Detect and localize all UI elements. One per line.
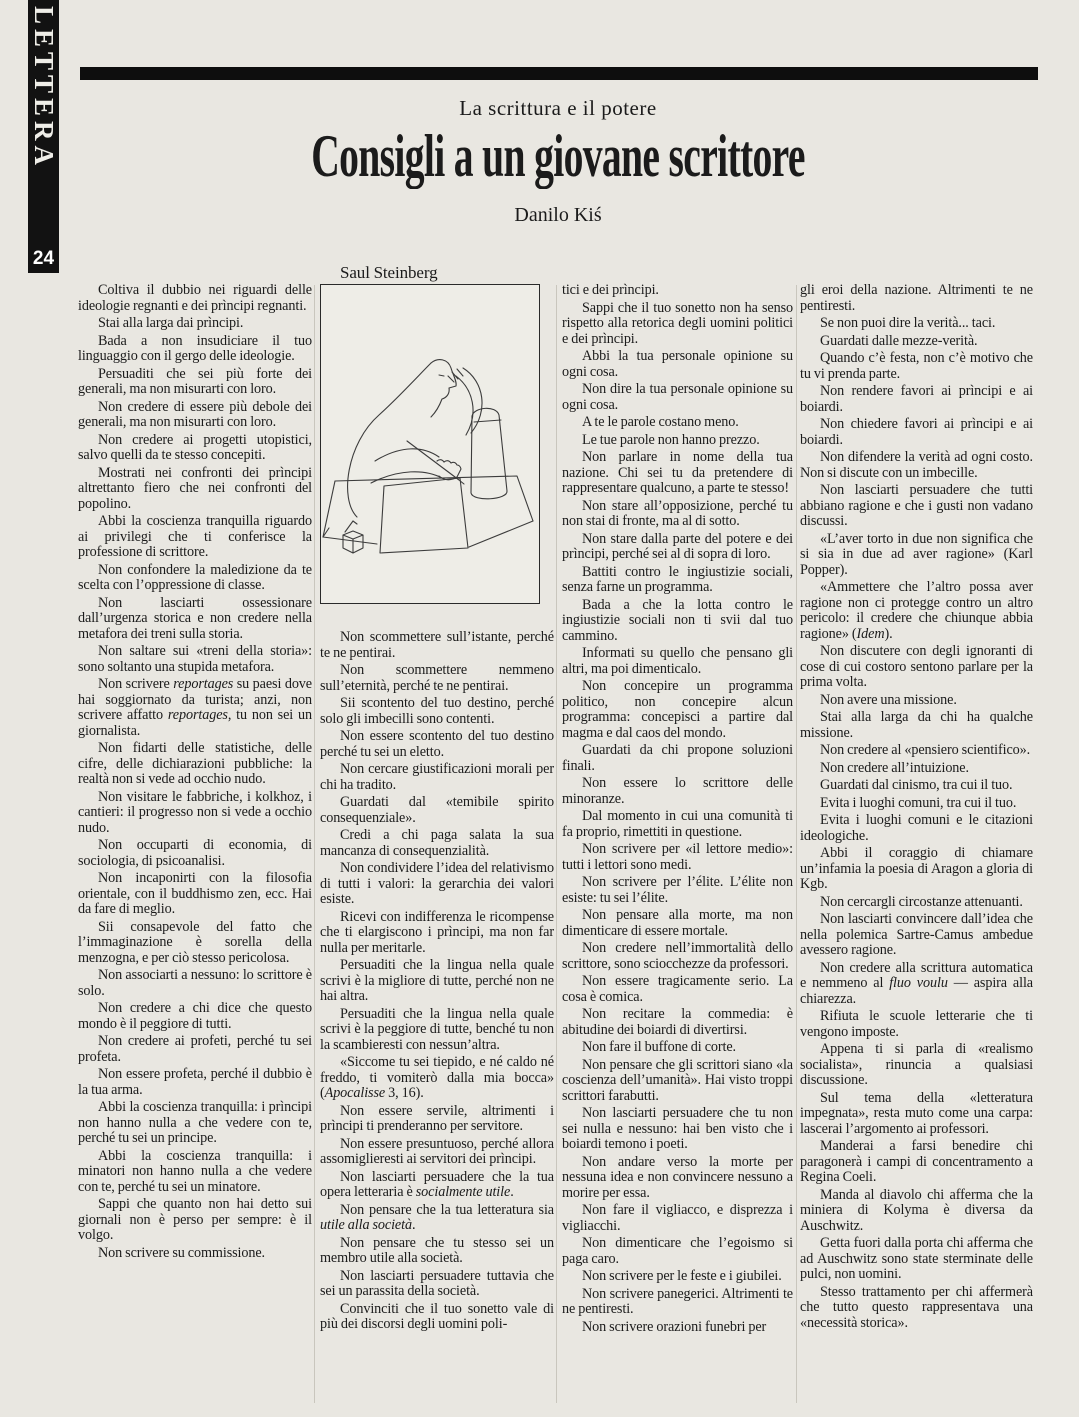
paragraph: Non pensare che gli scrittori siano «la … [562, 1058, 793, 1105]
paragraph: Non dimenticare che l’egoismo si paga ca… [562, 1236, 793, 1267]
paragraph: Non occuparti di economia, di sociologia… [78, 838, 312, 869]
column-divider [556, 285, 557, 1403]
text-column-2: Saul Steinberg [320, 263, 554, 1335]
paragraph: Non stare all’opposizione, perché tu non… [562, 499, 793, 530]
paragraph: «L’aver torto in due non significa che s… [800, 532, 1033, 579]
paragraph: Non saltare sui «treni della storia»: so… [78, 644, 312, 675]
paragraph: Non difendere la verità ad ogni costo. N… [800, 450, 1033, 481]
paragraph: Non stare dalla parte del potere e dei p… [562, 532, 793, 563]
paragraph: Non lasciarti persuadere tuttavia che se… [320, 1269, 554, 1300]
column-divider [314, 285, 315, 1403]
header-rule [80, 67, 1038, 80]
paragraph: Ricevi con indifferenza le ricompense ch… [320, 910, 554, 957]
steinberg-drawing [321, 285, 539, 603]
paragraph: A te le parole costano meno. [562, 415, 793, 431]
paragraph: Dal momento in cui una comunità ti fa pr… [562, 809, 793, 840]
paragraph: Non scrivere panegerici. Altrimenti te n… [562, 1287, 793, 1318]
paragraph: Non scrivere orazioni funebri per [562, 1320, 793, 1336]
author-byline: Danilo Kiś [78, 204, 1038, 227]
paragraph: tici e dei prìncipi. [562, 283, 793, 299]
paragraph: Sappi che quanto non hai detto sui giorn… [78, 1197, 312, 1244]
paragraph: Non fare il vigliacco, e disprezza i vig… [562, 1203, 793, 1234]
paragraph: Credi a chi paga salata la sua mancanza … [320, 828, 554, 859]
paragraph: Bada a non insudiciare il tuo linguaggio… [78, 334, 312, 365]
paragraph: Non pensare che la tua letteratura sia u… [320, 1203, 554, 1234]
text-column-3: tici e dei prìncipi.Sappi che il tuo son… [562, 283, 793, 1337]
paragraph: Manda al diavolo chi afferma che la mini… [800, 1188, 1033, 1235]
paragraph: Sappi che il tuo sonetto non ha senso ri… [562, 301, 793, 348]
paragraph: Non concepire un programma politico, non… [562, 679, 793, 741]
paragraph: Guardati dalle mezze-verità. [800, 334, 1033, 350]
illustration-frame [320, 284, 540, 604]
paragraph: Non scrivere per l’élite. L’élite non es… [562, 875, 793, 906]
paragraph: Non scrivere reportages su paesi dove ha… [78, 677, 312, 739]
paragraph: Evita i luoghi comuni e le citazioni ide… [800, 813, 1033, 844]
paragraph: Persuaditi che la lingua nella quale scr… [320, 958, 554, 1005]
paragraph: Non chiedere favori ai prìncipi e ai boi… [800, 417, 1033, 448]
paragraph: Non lasciarti convincere dall’idea che n… [800, 912, 1033, 959]
paragraph: Non avere una missione. [800, 693, 1033, 709]
paragraph: Non credere al «pensiero scientifico». [800, 743, 1033, 759]
paragraph: Sul tema della «letteratura impegnata», … [800, 1091, 1033, 1138]
illustration-caption: Saul Steinberg [320, 263, 554, 282]
paragraph: Bada a che la lotta contro le ingiustizi… [562, 598, 793, 645]
paragraph: Non parlare in nome della tua nazione. C… [562, 450, 793, 497]
paragraph: Non lasciarti persuadere che tu non sei … [562, 1106, 793, 1153]
page-title: Consigli a un giovane scrittore [241, 122, 875, 191]
paragraph: Sii consapevole del fatto che l’immagina… [78, 920, 312, 967]
paragraph: Non associarti a nessuno: lo scrittore è… [78, 968, 312, 999]
paragraph: Non andare verso la morte per nessuna id… [562, 1155, 793, 1202]
paragraph: Non lasciarti persuadere che la tua oper… [320, 1170, 554, 1201]
paragraph: Non essere profeta, perché il dubbio è l… [78, 1067, 312, 1098]
paragraph: Stesso trattamento per chi affermerà che… [800, 1285, 1033, 1332]
paragraph: Manderai a farsi benedire chi paragonerà… [800, 1139, 1033, 1186]
paragraph: Non credere nell’immortalità dello scrit… [562, 941, 793, 972]
paragraph: Non fare il buffone di corte. [562, 1040, 793, 1056]
paragraph: Convinciti che il tuo sonetto vale di pi… [320, 1302, 554, 1333]
paragraph: Appena ti si parla di «realismo socialis… [800, 1042, 1033, 1089]
column-divider [796, 285, 797, 1403]
paragraph: Se non puoi dire la verità... taci. [800, 316, 1033, 332]
paragraph: Guardati dal cinismo, tra cui il tuo. [800, 778, 1033, 794]
section-label: LETTERA [28, 6, 59, 211]
paragraph: «Ammettere che l’altro possa aver ragion… [800, 580, 1033, 642]
paragraph: Non essere lo scrittore delle minoranze. [562, 776, 793, 807]
paragraph: gli eroi della nazione. Altrimenti te ne… [800, 283, 1033, 314]
paragraph: Non credere ai progetti utopistici, salv… [78, 433, 312, 464]
paragraph: Rifiuta le scuole letterarie che ti veng… [800, 1009, 1033, 1040]
paragraph: Stai alla larga da chi ha qualche missio… [800, 710, 1033, 741]
paragraph: Non credere di essere più debole dei gen… [78, 400, 312, 431]
paragraph: Non dire la tua personale opinione su og… [562, 382, 793, 413]
paragraph: Non cercargli circostanze attenuanti. [800, 895, 1033, 911]
paragraph: Abbi la coscienza tranquilla: i prìncipi… [78, 1100, 312, 1147]
paragraph: Non confondere la maledizione da te scel… [78, 563, 312, 594]
paragraph: Abbi il coraggio di chiamare un’infamia … [800, 846, 1033, 893]
paragraph: Getta fuori dalla porta chi afferma che … [800, 1236, 1033, 1283]
paragraph: Guardati da chi propone soluzioni finali… [562, 743, 793, 774]
paragraph: Non credere alla scrittura automatica e … [800, 961, 1033, 1008]
paragraph: Non cercare giustificazioni morali per c… [320, 762, 554, 793]
page-number: 24 [28, 248, 59, 270]
paragraph: Evita i luoghi comuni, tra cui il tuo. [800, 796, 1033, 812]
paragraph: Stai alla larga dai prìncipi. [78, 316, 312, 332]
paragraph: Persuaditi che la lingua nella quale scr… [320, 1007, 554, 1054]
paragraph: Informati su quello che pensano gli altr… [562, 646, 793, 677]
newspaper-page: { "colors":{"paper":"#e9e7e1","ink":"#1b… [0, 0, 1079, 1417]
paragraph: Non recitare la commedia: è abitudine de… [562, 1007, 793, 1038]
paragraph: Non essere scontento del tuo destino per… [320, 729, 554, 760]
paragraph: Non credere a chi dice che questo mondo … [78, 1001, 312, 1032]
paragraph: Non scrivere per le feste e i giubilei. [562, 1269, 793, 1285]
paragraph: Non credere all’intuizione. [800, 761, 1033, 777]
paragraph: Quando c’è festa, non c’è motivo che tu … [800, 351, 1033, 382]
paragraph: Non lasciarti ossessionare dall’urgenza … [78, 596, 312, 643]
paragraph: Non incaponirti con la filosofia orienta… [78, 871, 312, 918]
paragraph: Non scrivere per «il lettore medio»: tut… [562, 842, 793, 873]
kicker: La scrittura e il potere [78, 96, 1038, 121]
paragraph: Non pensare che tu stesso sei un membro … [320, 1236, 554, 1267]
paragraph: Non essere tragicamente serio. La cosa è… [562, 974, 793, 1005]
paragraph: Guardati dal «temibile spirito consequen… [320, 795, 554, 826]
paragraph: Le tue parole non hanno prezzo. [562, 433, 793, 449]
paragraph: Sii scontento del tuo destino, perché so… [320, 696, 554, 727]
paragraph: Non essere presuntuoso, perché allora as… [320, 1137, 554, 1168]
paragraph: Persuaditi che sei più forte dei general… [78, 367, 312, 398]
text-column-4: gli eroi della nazione. Altrimenti te ne… [800, 283, 1033, 1333]
paragraph: Non pensare alla morte, ma non dimentica… [562, 908, 793, 939]
text-column-2-body: Non scommettere sull’istante, perché te … [320, 630, 554, 1333]
paragraph: Non lasciarti persuadere che tutti abbia… [800, 483, 1033, 530]
paragraph: Non discutere con degli ignoranti di cos… [800, 644, 1033, 691]
paragraph: Non condividere l’idea del relativismo d… [320, 861, 554, 908]
paragraph: Battiti contro le ingiustizie sociali, s… [562, 565, 793, 596]
section-spine-bar: LETTERA 24 [28, 0, 59, 273]
paragraph: Non essere servile, altrimenti i prìncip… [320, 1104, 554, 1135]
paragraph: Coltiva il dubbio nei riguardi delle ide… [78, 283, 312, 314]
paragraph: Abbi la tua personale opinione su ogni c… [562, 349, 793, 380]
paragraph: Non fidarti delle statistiche, delle cif… [78, 741, 312, 788]
paragraph: Abbi la coscienza tranquilla: i minatori… [78, 1149, 312, 1196]
paragraph: Non scommettere nemmeno sull’eternità, p… [320, 663, 554, 694]
paragraph: Non credere ai profeti, perché tu sei pr… [78, 1034, 312, 1065]
paragraph: Mostrati nei confronti dei prìncipi altr… [78, 466, 312, 513]
text-column-1: Coltiva il dubbio nei riguardi delle ide… [78, 283, 312, 1263]
paragraph: Non scommettere sull’istante, perché te … [320, 630, 554, 661]
paragraph: Non scrivere su commissione. [78, 1246, 312, 1262]
paragraph: «Siccome tu sei tiepido, e né caldo né f… [320, 1055, 554, 1102]
paragraph: Non rendere favori ai prìncipi e ai boia… [800, 384, 1033, 415]
paragraph: Abbi la coscienza tranquilla riguardo ai… [78, 514, 312, 561]
paragraph: Non visitare le fabbriche, i kolkhoz, i … [78, 790, 312, 837]
